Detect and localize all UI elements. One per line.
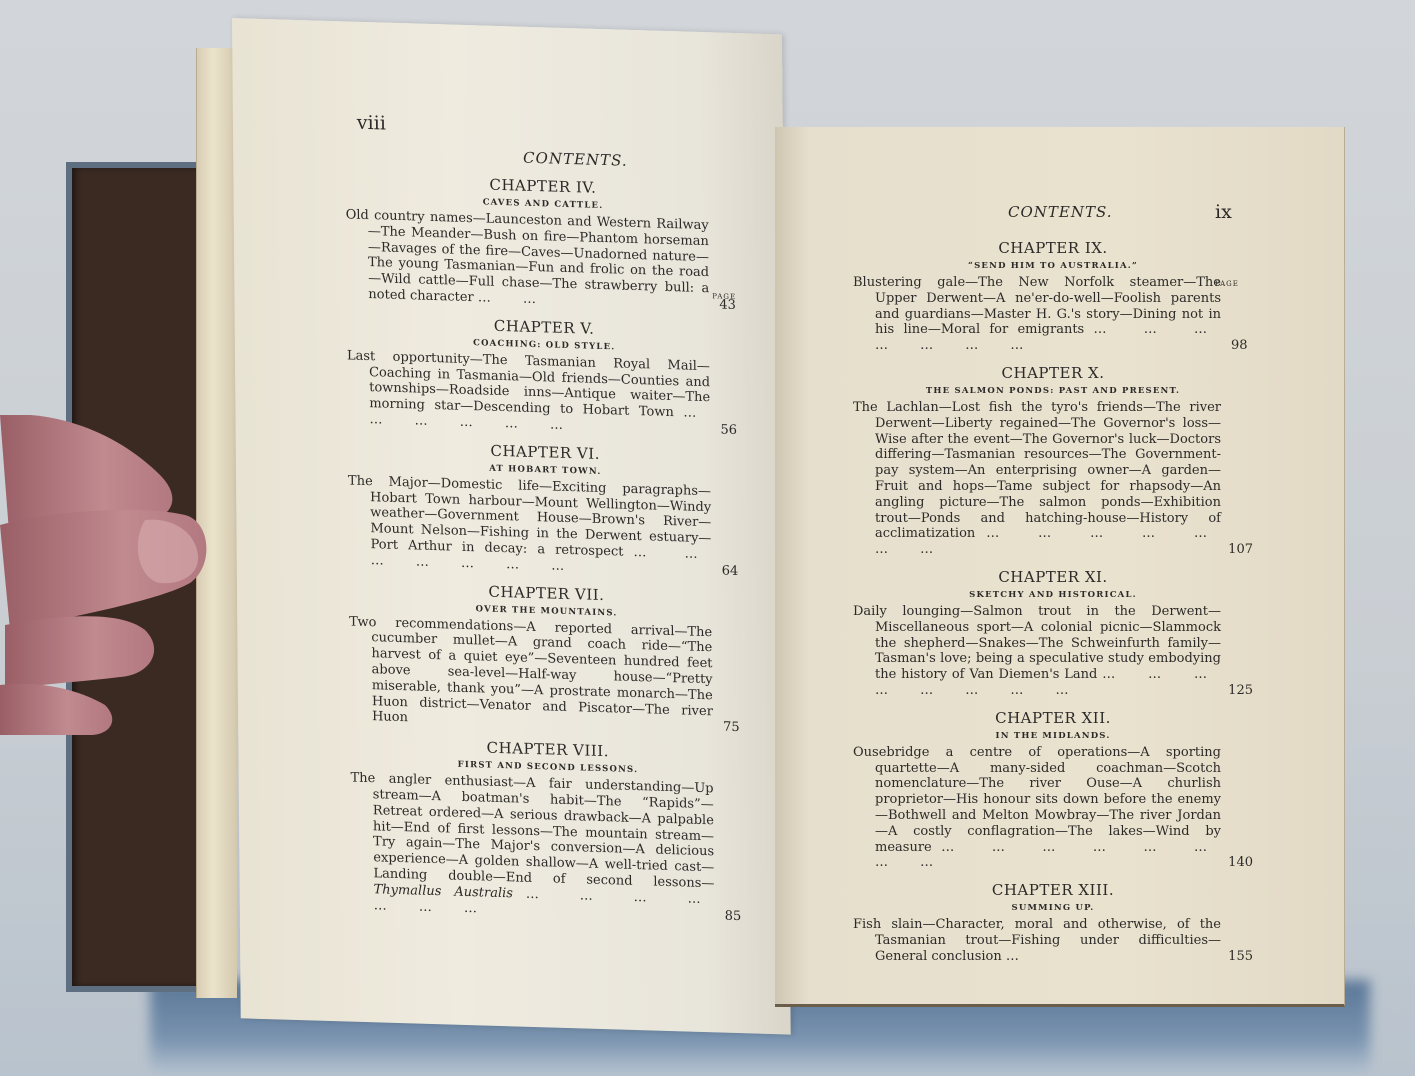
chapter-summary: Fish slain—Character, moral and otherwis… <box>853 917 1253 964</box>
chapter-entry: CHAPTER VII. OVER THE MOUNTAINS. Two rec… <box>349 578 745 736</box>
chapter-subtitle: IN THE MIDLANDS. <box>853 731 1253 741</box>
contents-list: CHAPTER IX. “SEND HIM TO AUSTRALIA.” Blu… <box>853 239 1253 975</box>
chapter-summary: Old country names—Launceston and Western… <box>346 207 742 314</box>
chapter-entry: CHAPTER XIII. SUMMING UP. Fish slain—Cha… <box>853 881 1253 964</box>
chapter-title: CHAPTER XI. <box>853 568 1253 586</box>
page-number: viii <box>357 112 386 135</box>
chapter-summary: The angler enthusiast—A fair understandi… <box>351 771 747 925</box>
chapter-entry: CHAPTER VIII. FIRST AND SECOND LESSONS. … <box>350 735 747 925</box>
chapter-entry: CHAPTER XI. SKETCHY AND HISTORICAL. Dail… <box>853 568 1253 699</box>
chapter-entry: CHAPTER VI. AT HOBART TOWN. The Major—Do… <box>348 437 744 580</box>
chapter-entry: CHAPTER V. COACHING: OLD STYLE. Last opp… <box>347 312 743 439</box>
contents-list: CHAPTER IV. CAVES AND CATTLE. Old countr… <box>345 171 747 934</box>
left-page: viii CONTENTS. PAGE CHAPTER IV. CAVES AN… <box>232 18 791 1035</box>
chapter-page-number: 107 <box>1250 542 1253 558</box>
chapter-page-number: 125 <box>1250 683 1253 699</box>
running-head: CONTENTS. <box>1008 203 1113 221</box>
chapter-subtitle: SUMMING UP. <box>853 903 1253 913</box>
chapter-subtitle: THE SALMON PONDS: PAST AND PRESENT. <box>853 386 1253 396</box>
chapter-entry: CHAPTER X. THE SALMON PONDS: PAST AND PR… <box>853 364 1253 558</box>
chapter-summary: Two recommendations—A reported arrival—T… <box>349 614 745 736</box>
chapter-page-number: 155 <box>1250 949 1253 965</box>
chapter-entry: CHAPTER IX. “SEND HIM TO AUSTRALIA.” Blu… <box>853 239 1253 354</box>
chapter-summary: Ousebridge a centre of operations—A spor… <box>853 745 1253 871</box>
chapter-summary: Daily lounging—Salmon trout in the Derwe… <box>853 604 1253 699</box>
chapter-subtitle: “SEND HIM TO AUSTRALIA.” <box>853 261 1253 271</box>
chapter-title: CHAPTER X. <box>853 364 1253 382</box>
chapter-page-number: 140 <box>1250 855 1253 871</box>
chapter-summary: Blustering gale—The New Norfolk steamer—… <box>853 275 1253 354</box>
page-number: ix <box>1215 201 1232 223</box>
hand <box>0 415 235 735</box>
chapter-entry: CHAPTER XII. IN THE MIDLANDS. Ousebridge… <box>853 709 1253 871</box>
chapter-title: CHAPTER XII. <box>853 709 1253 727</box>
chapter-title: CHAPTER IX. <box>853 239 1253 257</box>
chapter-entry: CHAPTER IV. CAVES AND CATTLE. Old countr… <box>345 171 741 314</box>
chapter-title: CHAPTER XIII. <box>853 881 1253 899</box>
chapter-summary: The Lachlan—Lost fish the tyro's friends… <box>853 400 1253 558</box>
right-page: CONTENTS. ix PAGE CHAPTER IX. “SEND HIM … <box>775 127 1345 1007</box>
chapter-summary: Last opportunity—The Tasmanian Royal Mai… <box>347 348 743 439</box>
chapter-summary: The Major—Domestic life—Exciting paragra… <box>348 473 744 580</box>
running-head: CONTENTS. <box>523 149 628 170</box>
chapter-subtitle: SKETCHY AND HISTORICAL. <box>853 590 1253 600</box>
